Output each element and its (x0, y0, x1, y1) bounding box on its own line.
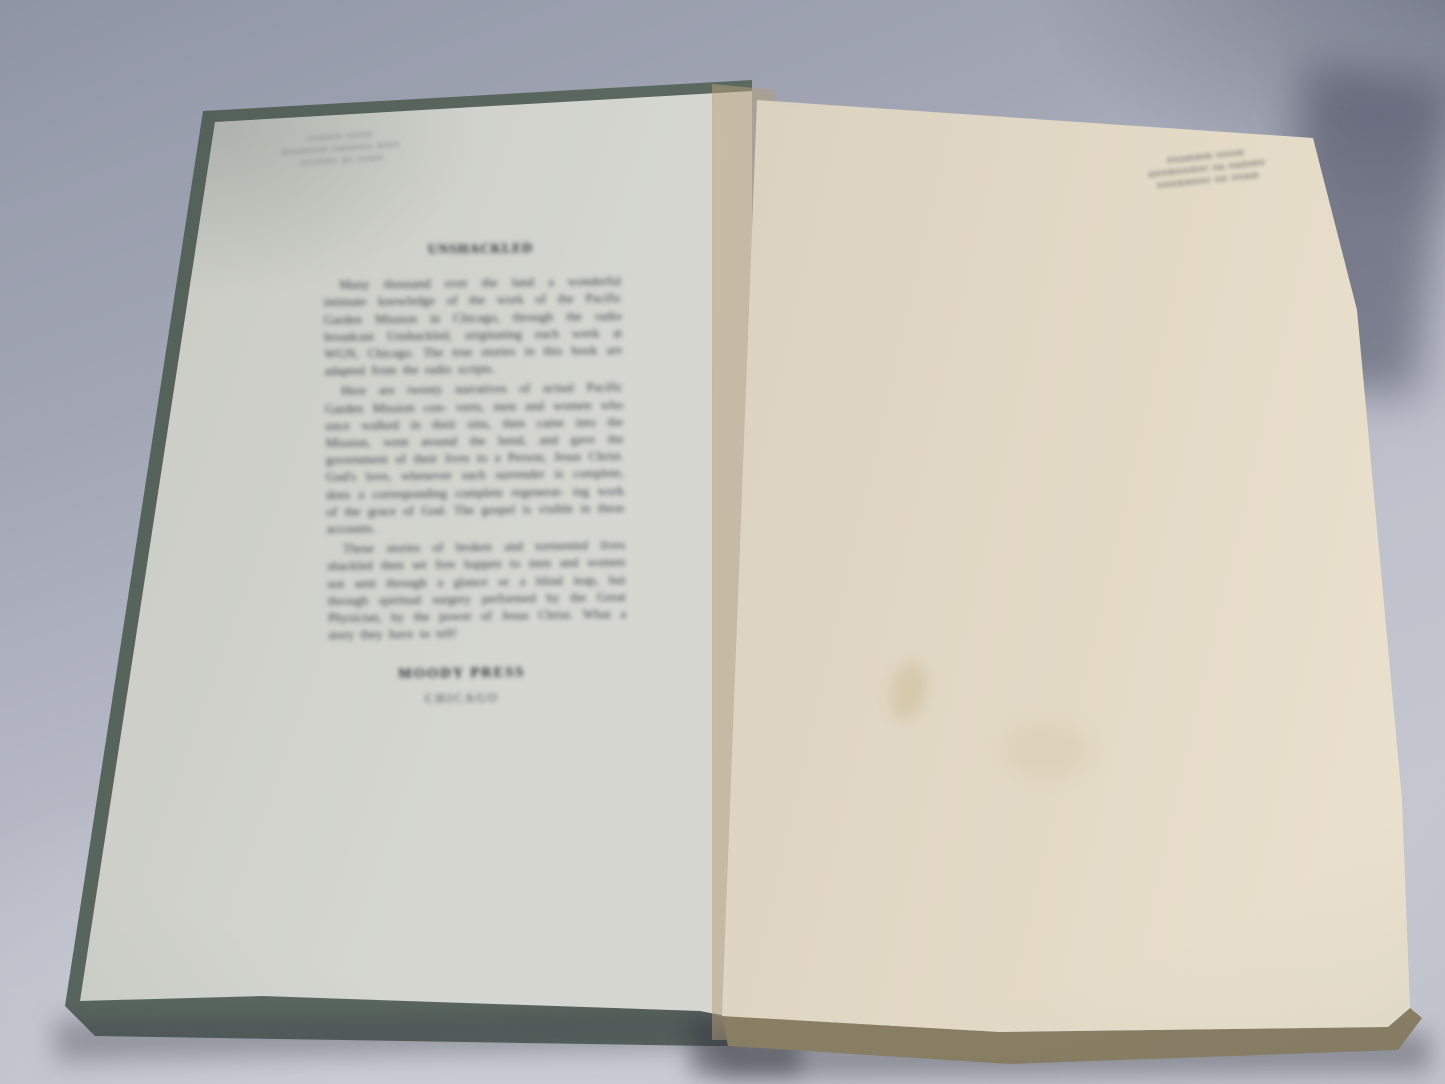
publisher-name: MOODY PRESS (313, 664, 611, 685)
flap-heading: UNSHACKLED (428, 238, 621, 258)
publisher-imprint: MOODY PRESS CHICAGO (313, 664, 612, 710)
flap-paragraph: These stories of broken and tormented li… (327, 536, 626, 643)
flap-paragraph: Here are twenty narratives of actual Pac… (325, 378, 625, 537)
flap-paragraph: Many thousand over the land a wonderful … (323, 272, 622, 379)
page-stain (1002, 720, 1092, 780)
book-photo: nnamm nnnm annmnnm nammnn annn nnnmmr an… (0, 0, 1445, 1084)
jacket-flap-text: UNSHACKLED Many thousand over the land a… (323, 238, 627, 709)
